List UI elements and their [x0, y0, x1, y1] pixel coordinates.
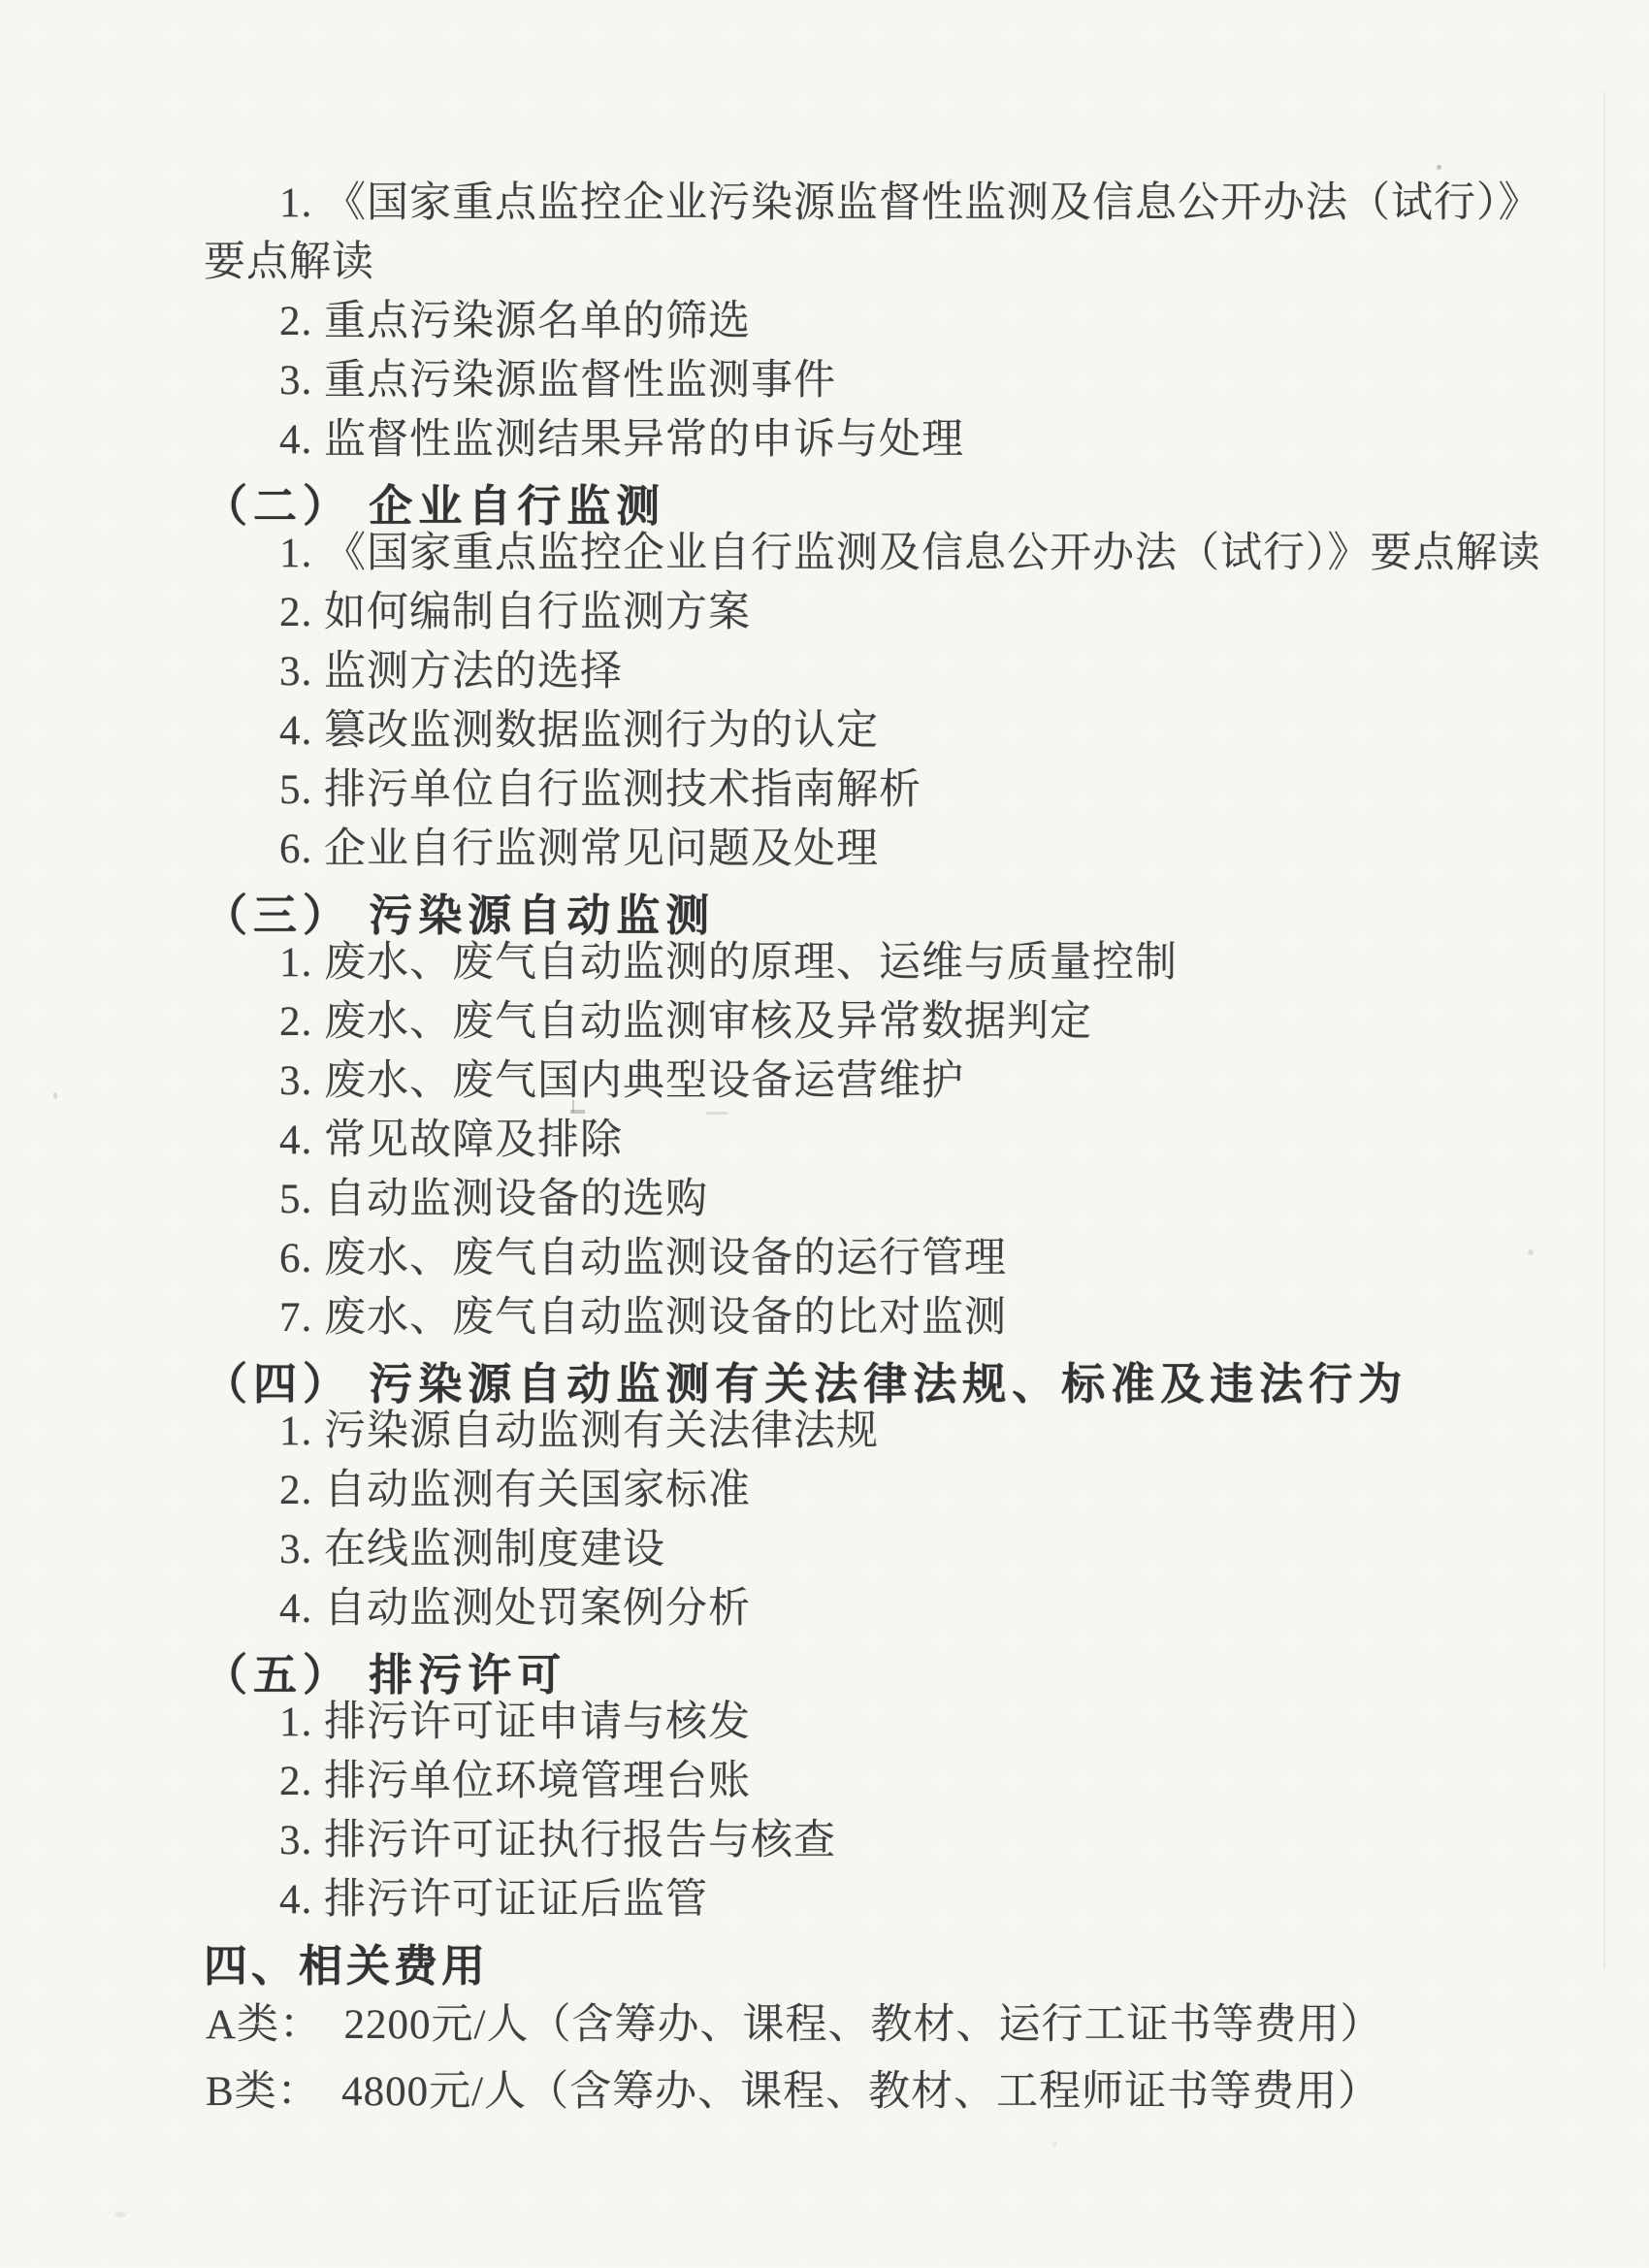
list-item-line: 2. 自动监测有关国家标准 — [279, 1468, 1562, 1514]
list-item-line: 3. 重点污染源监督性监测事件 — [279, 358, 1562, 405]
scan-artifact — [114, 2212, 126, 2218]
list-item-line: 3. 在线监测制度建设 — [279, 1527, 1562, 1573]
scan-artifact — [1052, 2142, 1057, 2147]
section-heading: （四） 污染源自动监测有关法律法规、标准及违法行为 — [204, 1361, 1562, 1408]
scan-artifact — [53, 1092, 57, 1099]
list-item-line: 3. 排污许可证执行报告与核查 — [279, 1818, 1562, 1864]
list-item-line: 3. 监测方法的选择 — [279, 649, 1562, 696]
list-item-line: 7. 废水、废气自动监测设备的比对监测 — [279, 1295, 1562, 1342]
list-item-line: 1. 污染源自动监测有关法律法规 — [279, 1409, 1562, 1455]
list-item-line: 6. 废水、废气自动监测设备的运行管理 — [279, 1236, 1562, 1282]
list-item-line: 5. 排污单位自行监测技术指南解析 — [279, 767, 1562, 814]
section-heading: （五） 排污许可 — [204, 1652, 1562, 1699]
list-item-line: 1. 《国家重点监控企业污染源监督性监测及信息公开办法（试行）》 — [279, 180, 1562, 227]
list-item-line: 1. 排污许可证申请与核发 — [279, 1700, 1562, 1746]
list-item-line: 4. 自动监测处罚案例分析 — [279, 1586, 1562, 1633]
scan-artifact — [1437, 165, 1441, 170]
list-item-line: 3. 废水、废气国内典型设备运营维护 — [279, 1058, 1562, 1105]
scan-artifact — [1603, 92, 1605, 1969]
list-item-line: 4. 常见故障及排除 — [279, 1118, 1562, 1164]
list-item-line: 4. 篡改监测数据监测行为的认定 — [279, 708, 1562, 755]
list-item-line: 4. 排污许可证证后监管 — [279, 1877, 1562, 1924]
section-heading: （二） 企业自行监测 — [204, 483, 1562, 530]
document-body: 1. 《国家重点监控企业污染源监督性监测及信息公开办法（试行）》要点解读2. 重… — [204, 180, 1562, 2116]
document-page: 1. 《国家重点监控企业污染源监督性监测及信息公开办法（试行）》要点解读2. 重… — [0, 0, 1649, 2268]
list-item-line: 2. 废水、废气自动监测审核及异常数据判定 — [279, 999, 1562, 1046]
list-item-line: 1. 废水、废气自动监测的原理、运维与质量控制 — [279, 940, 1562, 987]
fee-line: A类： 2200元/人（含筹办、课程、教材、运行工证书等费用） — [206, 2002, 1562, 2049]
list-item-line: 4. 监督性监测结果异常的申诉与处理 — [279, 417, 1562, 464]
list-item-line: 2. 重点污染源名单的筛选 — [279, 299, 1562, 345]
continuation-line: 要点解读 — [204, 240, 1562, 286]
list-item-line: 2. 排污单位环境管理台账 — [279, 1759, 1562, 1805]
section-heading: （三） 污染源自动监测 — [204, 892, 1562, 939]
list-item-line: 1. 《国家重点监控企业自行监测及信息公开办法（试行）》要点解读 — [279, 531, 1562, 577]
section-heading: 四、相关费用 — [204, 1943, 1562, 1990]
list-item-line: 6. 企业自行监测常见问题及处理 — [279, 826, 1562, 873]
list-item-line: 2. 如何编制自行监测方案 — [279, 590, 1562, 636]
list-item-line: 5. 自动监测设备的选购 — [279, 1177, 1562, 1223]
fee-line: B类： 4800元/人（含筹办、课程、教材、工程师证书等费用） — [206, 2069, 1562, 2116]
